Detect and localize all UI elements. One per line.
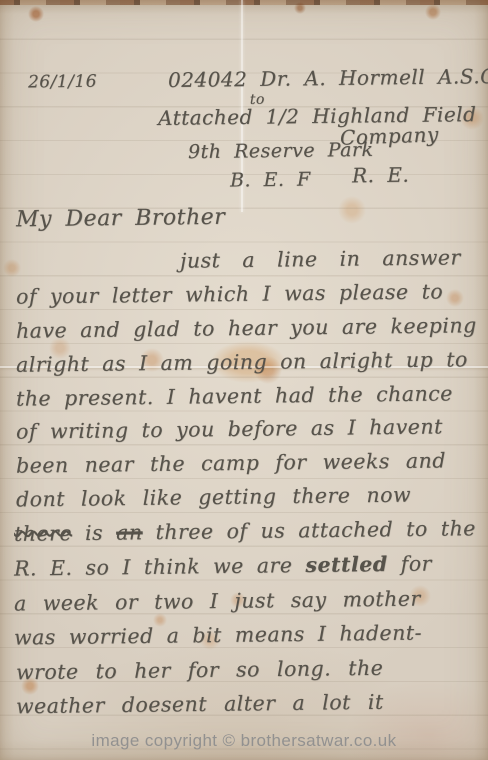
letter-line-text: three of us attached to the [142, 516, 476, 544]
letter-line: just a line in answer [180, 245, 461, 272]
re-line: R. E. [352, 163, 410, 188]
letter-date: 26/1/16 [28, 72, 97, 93]
letter-line: of writing to you before as I havent [16, 414, 443, 443]
letter-line: have and glad to hear you are keeping [16, 313, 477, 343]
struck-word: an [116, 520, 143, 544]
inserted-word-to: to [250, 92, 265, 108]
paper-burnt-edge [0, 0, 488, 5]
struck-word: there [14, 521, 72, 546]
salutation: My Dear Brother [16, 205, 226, 233]
letter-line-text: is [72, 521, 116, 546]
letter-line-with-overwrite: R. E. so I think we are settled for [14, 551, 432, 580]
letter-line-with-corrections: there is an three of us attached to the [14, 516, 476, 546]
letter-line: been near the camp for weeks and [16, 448, 446, 477]
copyright-watermark: image copyright © brothersatwar.co.uk [0, 731, 488, 751]
letter-line: was worried a bit means I hadent- [14, 621, 422, 650]
letter-line-text: R. E. so I think we are [14, 553, 306, 581]
letter-photo: 26/1/16 024042 Dr. A. Hormell A.S.C Atta… [0, 0, 488, 760]
letter-line: the present. I havent had the chance [16, 381, 453, 410]
overwritten-word: settled [305, 552, 387, 577]
unit-company-word: Company [340, 122, 439, 149]
bef-line: B. E. F [230, 169, 311, 192]
letter-line: weather doesent alter a lot it [16, 690, 384, 718]
letter-line-text: for [387, 551, 432, 576]
letter-line: wrote to her for so long. the [16, 656, 384, 684]
letter-line: dont look like getting there now [16, 483, 411, 512]
letter-line: a week or two I just say mother [14, 587, 421, 616]
soldier-id-line: 024042 Dr. A. Hormell A.S.C [168, 64, 488, 92]
letter-line: alright as I am going on alright up to [16, 347, 468, 377]
letter-line: of your letter which I was please to [16, 279, 443, 308]
